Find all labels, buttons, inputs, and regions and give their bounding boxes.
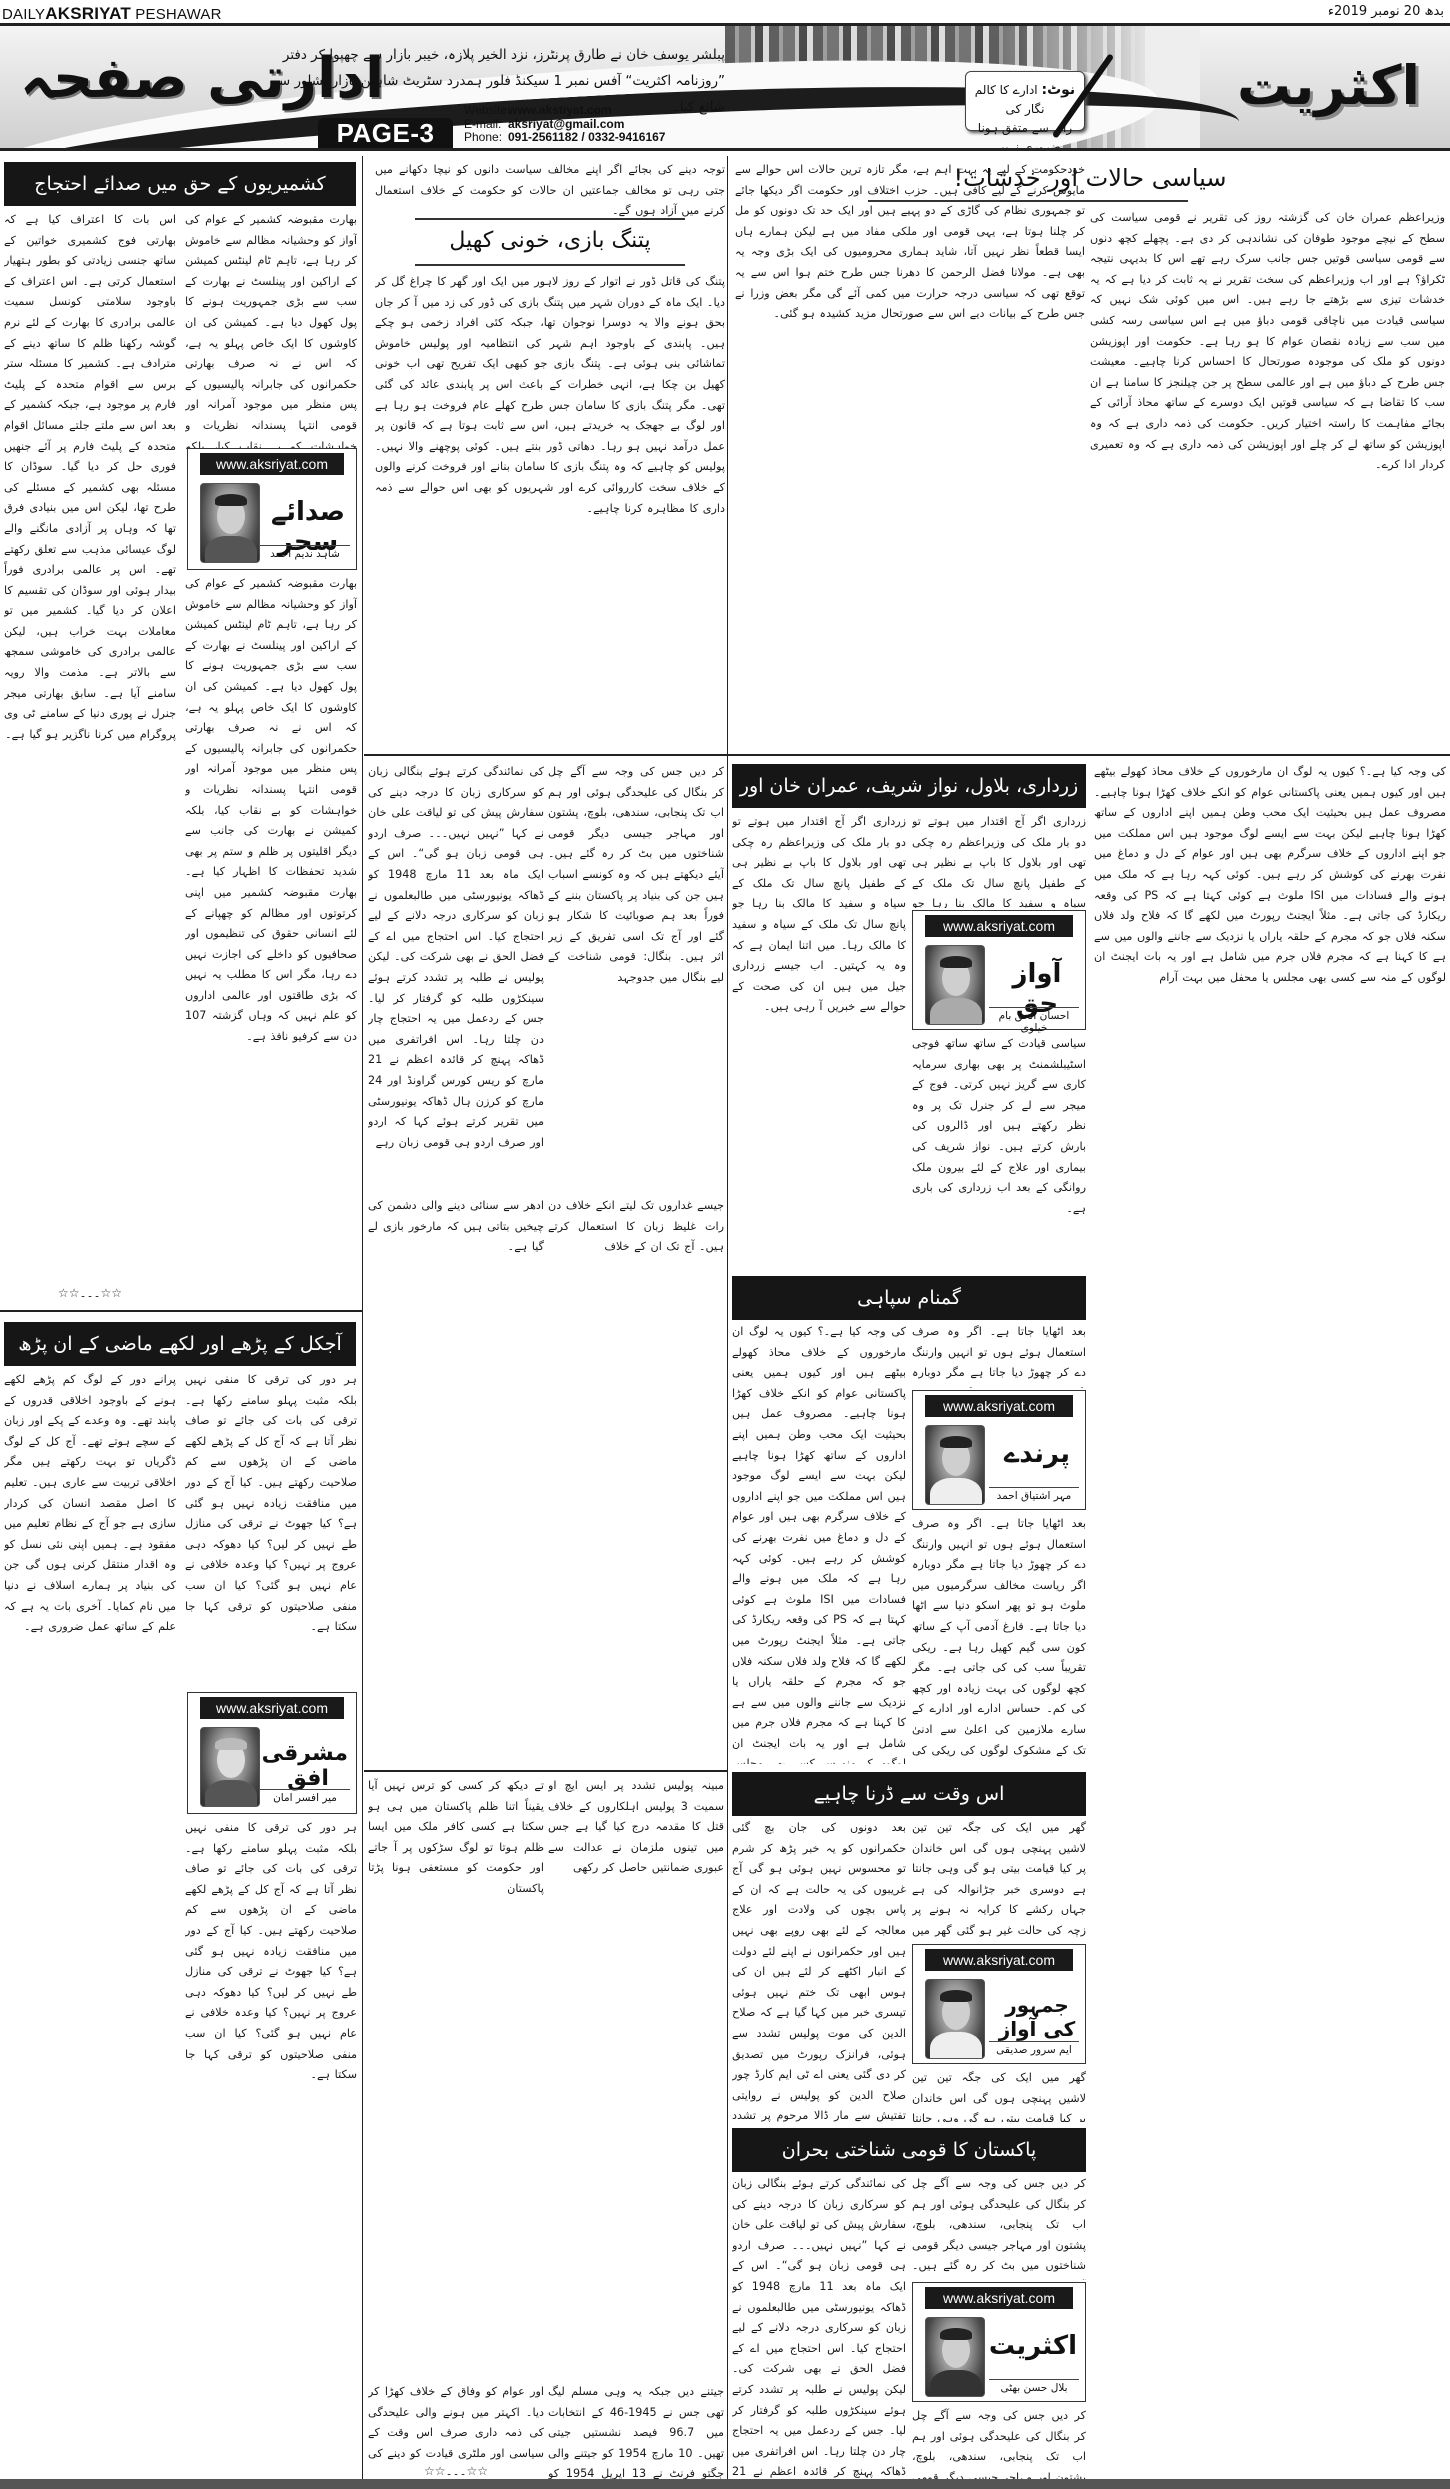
kashmir-column-box: www.aksriyat.com صدائے سحر شاہد ندیم احم… [187, 448, 357, 570]
column-name: پرندے [997, 1439, 1077, 1469]
author-photo [925, 945, 985, 1025]
footer-bar [0, 2479, 1450, 2489]
email-link[interactable]: aksriyat@gmail.com [508, 117, 624, 131]
education-article-title: آجکل کے پڑھے اور لکھے ماضی کے ان پڑھ [4, 1322, 356, 1366]
fear-time-body-b: بعد دونوں کی جان بچ گئی حکمرانوں کو یہ خ… [732, 1818, 906, 2122]
phone-number: 091-2561182 / 0332-9416167 [508, 130, 665, 144]
author-photo [925, 1425, 985, 1505]
kashmir-article-body-b: اس بات کا اعتراف کیا ہے کہ بھارتی فوج کش… [4, 210, 176, 1292]
column-name: اکثریت [997, 2331, 1077, 2361]
page-bar: PAGE-3 Website:www.akstiyat.com E-mail:a… [0, 117, 1450, 150]
unknown-soldier-body-a-cont: بعد اٹھایا جاتا ہے۔ اگر وہ صرف استعمال ہ… [912, 1514, 1086, 1764]
title-rule [415, 218, 685, 220]
author-photo [200, 1727, 260, 1807]
page-body: سیاسی حالات اور خدشات! توجہ دینے کی بجائ… [0, 156, 1450, 2489]
unknown-soldier-middle-a: جیسے غداروں تک لیتے انکے خلاف دن رات غلی… [548, 1196, 724, 1756]
education-article-body-a-cont: ہر دور کی ترقی کا منفی نہیں بلکہ مثبت پہ… [185, 1818, 357, 2486]
website-badge: www.aksriyat.com [200, 453, 344, 475]
unknown-soldier-body-b: کی وجہ کیا ہے۔؟ کیوں یہ لوگ ان مارخوروں … [732, 1322, 906, 1764]
national-identity-body-b: کی نمائندگی کرتے ہوئے بنگالی زبان کو سرک… [732, 2174, 906, 2482]
paper-name: DAILYAKSRIYAT PESHAWAR [2, 4, 222, 24]
website-label: Website: [464, 104, 508, 118]
zardari-article-title: زرداری، بلاول، نواز شریف، عمران خان اور … [732, 764, 1086, 808]
author-photo [200, 483, 260, 563]
author-name: احسان الحق بام خیلوی [989, 1007, 1079, 1034]
paper-name-prefix: DAILY [2, 6, 45, 23]
fear-time-column-box: www.aksriyat.com جمہور کی آواز ایم سرور … [912, 1944, 1086, 2064]
email-label: E-mail: [464, 118, 508, 132]
author-photo [925, 2317, 985, 2397]
column-divider [727, 156, 728, 2486]
unknown-soldier-title: گمنام سپاہی [732, 1276, 1086, 1320]
fear-time-middle-b: تے دیکھ کر کسی کو ترس نہیں آیا یقیناً ات… [368, 1776, 544, 2470]
website-badge: www.aksriyat.com [925, 2287, 1073, 2309]
fear-time-body-a-cont: گھر میں ایک کی جگہ تین تین لاشیں پہنچی ہ… [912, 2068, 1086, 2122]
column-name: جمہور کی آواز [997, 1993, 1077, 2041]
website-badge: www.aksriyat.com [925, 915, 1073, 937]
author-name: مہر اشتیاق احمد [989, 1487, 1079, 1502]
editorial-body-right: وزیراعظم عمران خان کی گزشتہ روز کی تقریر… [1090, 208, 1445, 748]
education-article-body-b: پرانے دور کے لوگ کم پڑھے لکھے ہونے کے با… [4, 1370, 176, 2486]
unknown-soldier-column-box: www.aksriyat.com پرندے مہر اشتیاق احمد [912, 1390, 1086, 1510]
title-rule [415, 264, 685, 266]
national-identity-body-c: جیتنے دیں جبکہ یہ وہی مسلم لیگ تھی جس نے… [548, 2382, 724, 2482]
education-column-box: www.aksriyat.com مشرقی افق میر افسر امان [187, 1692, 357, 1814]
fear-time-body-a: گھر میں ایک کی جگہ تین تین لاشیں پہنچی ہ… [912, 1818, 1086, 1942]
author-name: بلال حسن بھٹی [989, 2379, 1079, 2394]
fear-time-title: اس وقت سے ڈرنا چاہیے [732, 1772, 1086, 1816]
website-badge: www.aksriyat.com [200, 1697, 344, 1719]
editorial-body-left: خودحکومت کے لیے یہ بہت اہم ہے، مگر تازہ … [735, 160, 1085, 748]
website-badge: www.aksriyat.com [925, 1395, 1073, 1417]
unknown-soldier-body-a: بعد اٹھایا جاتا ہے۔ اگر وہ صرف استعمال ہ… [912, 1322, 1086, 1388]
note-label: نوٹ: [1041, 82, 1075, 98]
note-text-1: ادارے کا کالم نگار کی [975, 83, 1045, 116]
article-end-mark: ☆☆۔۔۔☆☆ [368, 2464, 544, 2478]
national-identity-body-a: کر دیں جس کی وجہ سے آگے چل کر بنگال کی ع… [912, 2174, 1086, 2280]
website-badge: www.aksriyat.com [925, 1949, 1073, 1971]
zardari-article-body-a: زرداری اگر آج اقتدار میں ہوتے تو دو بار … [912, 812, 1086, 908]
page-number-badge: PAGE-3 [318, 118, 453, 148]
zardari-article-body-a-cont: سیاسی قیادت کے ساتھ ساتھ فوجی اسٹیبلشمنٹ… [912, 1034, 1086, 1244]
kite-editorial-title: پتنگ بازی، خونی کھیل [375, 228, 725, 253]
kashmir-article-body-a: بھارت مقبوضہ کشمیر کے عوام کی آواز کو وح… [185, 210, 357, 456]
zardari-continuation-right: کی وجہ کیا ہے۔؟ کیوں یہ لوگ ان مارخوروں … [1094, 762, 1446, 2482]
author-name: ایم سرور صدیقی [989, 2041, 1079, 2056]
section-divider [364, 1770, 728, 1772]
section-divider [364, 754, 1450, 756]
author-photo [925, 1979, 985, 2059]
unknown-soldier-middle-b: ادھر سے سنائی دینے والی دشمن کی چیخیں بت… [368, 1196, 544, 1756]
publisher-line-1: پبلشر یوسف خان نے طارق پرنٹرز، نزد الخیر… [255, 42, 725, 68]
education-article-body-a: ہر دور کی ترقی کا منفی نہیں بلکہ مثبت پہ… [185, 1370, 357, 1690]
national-identity-body-a-cont: کر دیں جس کی وجہ سے آگے چل کر بنگال کی ع… [912, 2406, 1086, 2482]
paper-name-main: AKSRIYAT [45, 4, 131, 23]
national-identity-title: پاکستان کا قومی شناختی بحران [732, 2128, 1086, 2172]
top-line: DAILYAKSRIYAT PESHAWAR بدھ 20 نومبر 2019… [0, 0, 1450, 22]
author-name: شاہد ندیم احمد [260, 545, 350, 560]
column-name: مشرقی افق [268, 1741, 348, 1791]
national-identity-column-box: www.aksriyat.com اکثریت بلال حسن بھٹی [912, 2282, 1086, 2402]
national-identity-body-d: اور عوام کو وفاق کے خلاف کھڑا کر دیا۔ اک… [368, 2382, 544, 2466]
phone-label: Phone: [464, 131, 508, 145]
author-name: میر افسر امان [260, 1789, 350, 1804]
zardari-article-body-b: زرداری اگر آج اقتدار میں ہوتے تو دو بار … [732, 812, 906, 1244]
website-link[interactable]: www.akstiyat.com [508, 103, 612, 117]
article-end-mark: ☆☆۔۔۔☆☆ [4, 1286, 176, 1300]
zardari-column-box: www.aksriyat.com آواز حق احسان الحق بام … [912, 910, 1086, 1030]
issue-date: بدھ 20 نومبر 2019ء [1328, 4, 1444, 19]
kashmir-article-body-a-cont: بھارت مقبوضہ کشمیر کے عوام کی آواز کو وح… [185, 574, 357, 1292]
kite-editorial-body: پتنگ کی قاتل ڈور نے اتوار کے روز لاہور م… [375, 272, 725, 752]
contact-info: Website:www.akstiyat.com E-mail:aksriyat… [464, 104, 665, 145]
paper-name-suffix: PESHAWAR [135, 6, 221, 23]
kashmir-article-title: کشمیریوں کے حق میں صدائے احتجاج [4, 162, 356, 206]
column-divider [362, 156, 363, 2489]
section-divider [0, 1310, 362, 1312]
fear-time-middle-a: مبینہ پولیس تشدد پر ایس ایچ او سمیت 3 پو… [548, 1776, 724, 2470]
